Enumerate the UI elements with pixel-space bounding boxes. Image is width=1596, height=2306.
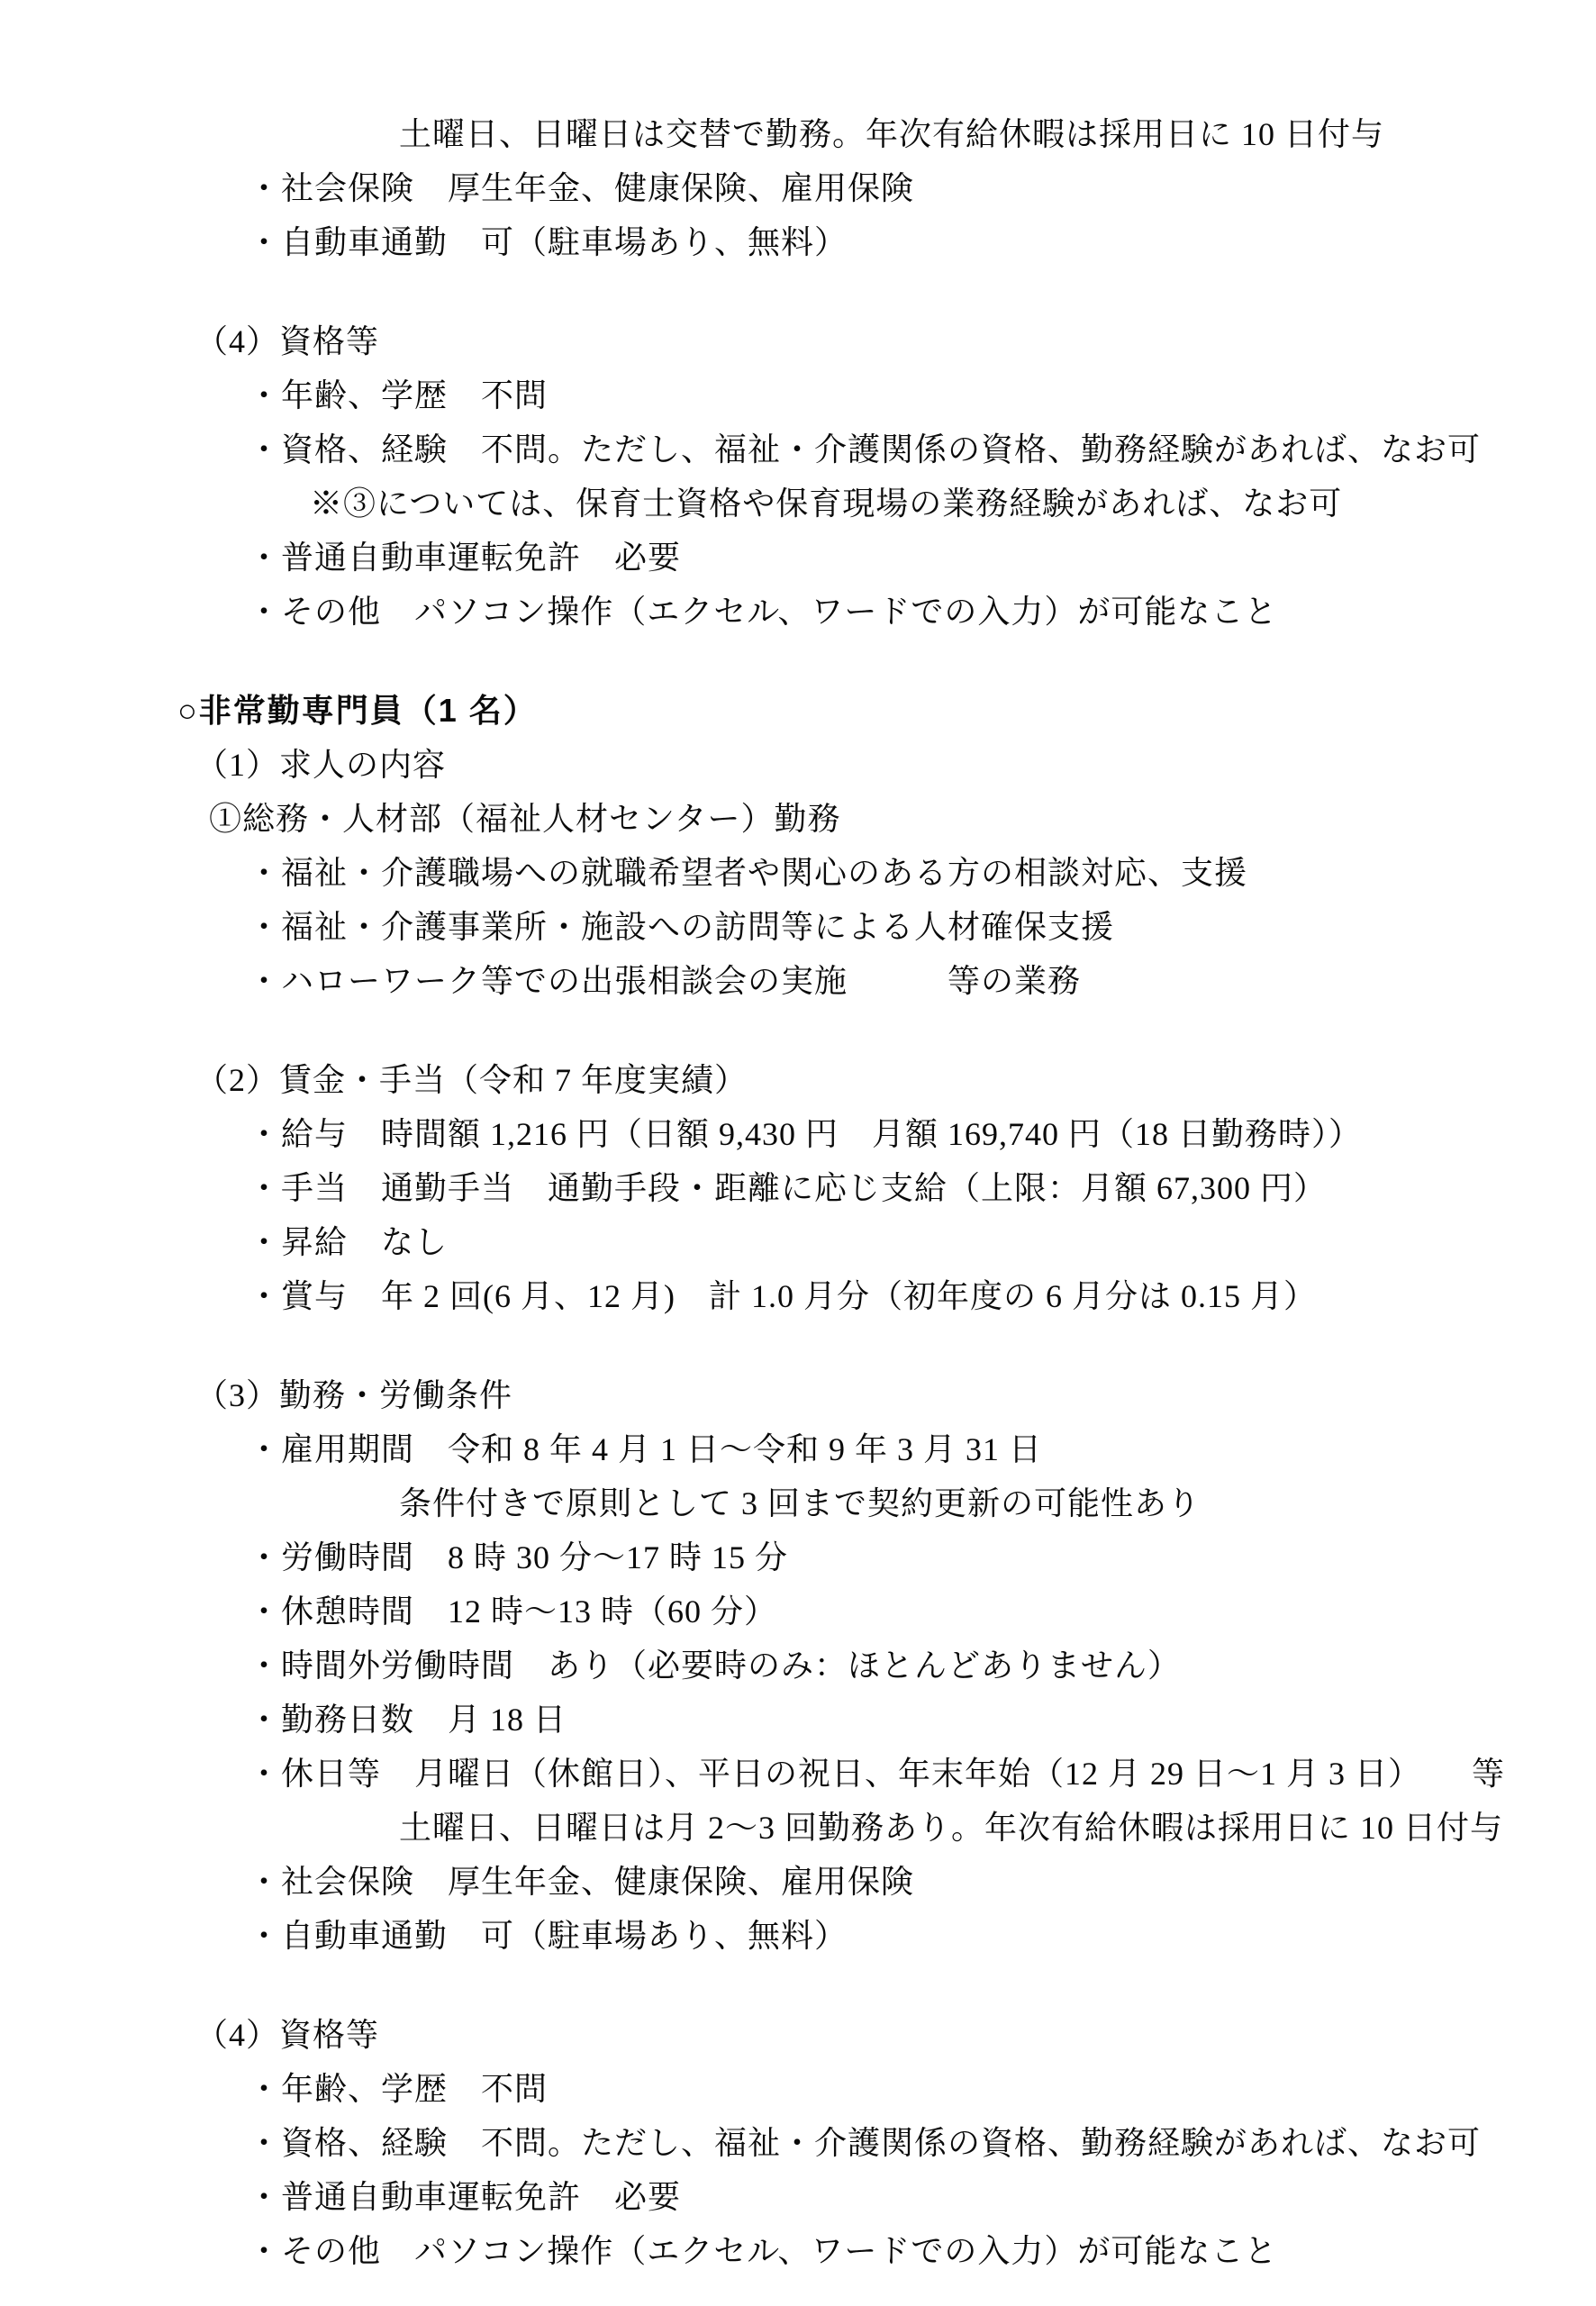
text-line-license-experience: ・資格、経験 不問。ただし、福祉・介護関係の資格、勤務経験があれば、なお可 (248, 422, 1596, 477)
text-line-department: ①総務・人材部（福祉人材センター）勤務 (209, 792, 1596, 846)
text-line-facility-visits: ・福祉・介護事業所・施設への訪問等による人材確保支援 (248, 900, 1596, 954)
text-line-wrap-holidays: 土曜日、日曜日は交替で勤務。年次有給休暇は採用日に 10 日付与 (399, 107, 1596, 161)
text-line-weekend-work: 土曜日、日曜日は月 2～3 回勤務あり。年次有給休暇は採用日に 10 日付与 (399, 1801, 1596, 1855)
section-heading-qualifications-2: （4）資格等 (195, 2008, 1596, 2062)
section-heading-wages: （2）賃金・手当（令和 7 年度実績） (195, 1053, 1596, 1107)
text-line-social-insurance: ・社会保険 厚生年金、健康保険、雇用保険 (248, 161, 1596, 215)
text-line-salary: ・給与 時間額 1,216 円（日額 9,430 円 月額 169,740 円（… (248, 1107, 1596, 1161)
text-line-consultation-support: ・福祉・介護職場への就職希望者や関心のある方の相談対応、支援 (248, 846, 1596, 900)
text-line-note-childcare: ※③については、保育士資格や保育現場の業務経験があれば、なお可 (310, 477, 1596, 531)
text-line-car-commute: ・自動車通勤 可（駐車場あり、無料） (248, 215, 1596, 269)
document-body: 土曜日、日曜日は交替で勤務。年次有給休暇は採用日に 10 日付与 ・社会保険 厚… (0, 0, 1596, 2278)
section-heading-job-content: （1）求人の内容 (195, 738, 1596, 792)
text-line-allowance: ・手当 通勤手当 通勤手段・距離に応じ支給（上限：月額 67,300 円） (248, 1161, 1596, 1215)
text-line-drivers-license-2: ・普通自動車運転免許 必要 (248, 2170, 1596, 2224)
text-line-working-days: ・勤務日数 月 18 日 (248, 1693, 1596, 1747)
text-line-overtime: ・時間外労働時間 あり（必要時のみ：ほとんどありません） (248, 1639, 1596, 1693)
text-line-pc-skills: ・その他 パソコン操作（エクセル、ワードでの入力）が可能なこと (248, 585, 1596, 639)
text-line-age-education: ・年齢、学歴 不問 (248, 368, 1596, 422)
section-heading-work-conditions: （3）勤務・労働条件 (195, 1368, 1596, 1422)
text-line-pc-skills-2: ・その他 パソコン操作（エクセル、ワードでの入力）が可能なこと (248, 2224, 1596, 2278)
text-line-drivers-license: ・普通自動車運転免許 必要 (248, 531, 1596, 585)
text-line-hellowork-sessions: ・ハローワーク等での出張相談会の実施 等の業務 (248, 954, 1596, 1008)
job-title-heading: ○非常勤専門員（1 名） (177, 684, 1596, 738)
section-heading-qualifications: （4）資格等 (195, 314, 1596, 368)
text-line-working-hours: ・労働時間 8 時 30 分～17 時 15 分 (248, 1530, 1596, 1584)
text-line-bonus: ・賞与 年 2 回(6 月、12 月) 計 1.0 月分（初年度の 6 月分は … (248, 1269, 1596, 1323)
text-line-raise: ・昇給 なし (248, 1215, 1596, 1269)
text-line-contract-renewal: 条件付きで原則として 3 回まで契約更新の可能性あり (399, 1476, 1596, 1530)
text-line-employment-period: ・雇用期間 令和 8 年 4 月 1 日～令和 9 年 3 月 31 日 (248, 1422, 1596, 1476)
document-page: 土曜日、日曜日は交替で勤務。年次有給休暇は採用日に 10 日付与 ・社会保険 厚… (0, 0, 1596, 2306)
text-line-license-experience-2: ・資格、経験 不問。ただし、福祉・介護関係の資格、勤務経験があれば、なお可 (248, 2116, 1596, 2170)
text-line-car-commute-2: ・自動車通勤 可（駐車場あり、無料） (248, 1909, 1596, 1963)
text-line-social-insurance-2: ・社会保険 厚生年金、健康保険、雇用保険 (248, 1855, 1596, 1909)
text-line-age-education-2: ・年齢、学歴 不問 (248, 2062, 1596, 2116)
text-line-break-time: ・休憩時間 12 時～13 時（60 分） (248, 1584, 1596, 1639)
text-line-holidays: ・休日等 月曜日（休館日）、平日の祝日、年末年始（12 月 29 日～1 月 3… (248, 1747, 1596, 1801)
